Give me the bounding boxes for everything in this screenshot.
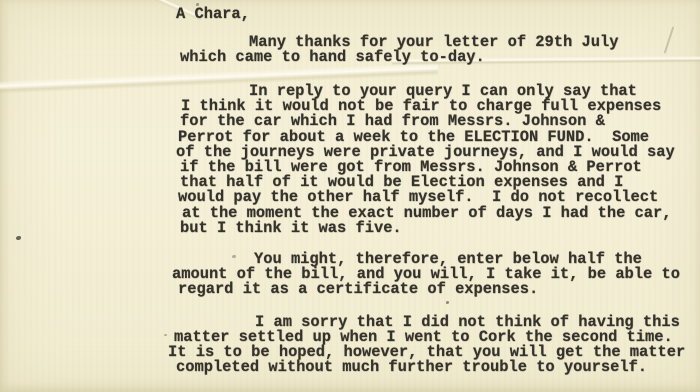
paper-speck: [446, 301, 449, 304]
paper-speck: [232, 255, 236, 258]
letter-line: but I think it was five.: [180, 221, 402, 236]
letter-page: A Chara,Many thanks for your letter of 2…: [0, 0, 700, 392]
letter-line: regard it as a certificate of expenses.: [178, 282, 538, 297]
letter-salutation: A Chara,: [176, 7, 250, 22]
paper-speck: [16, 236, 21, 240]
paper-mark-right-edge: [664, 26, 675, 53]
paper-speck: [164, 334, 167, 336]
letter-line: which came to hand safely to-day.: [180, 50, 485, 65]
letter-line: for the car which I had from Messrs. Joh…: [180, 114, 605, 129]
letter-line: would pay the other half myself. I do no…: [178, 190, 658, 205]
letter-line: completed without much further trouble t…: [176, 360, 647, 375]
